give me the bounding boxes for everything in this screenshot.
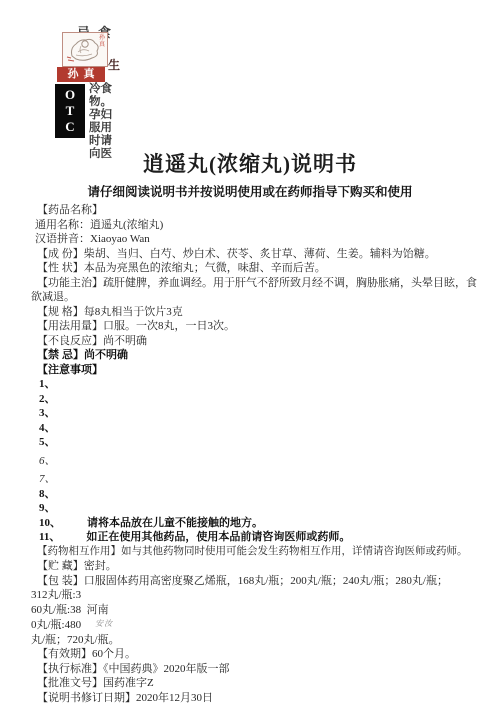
item-number: 11、 (39, 531, 60, 543)
section-packaging: 【包 装】口服固体药用高密度聚乙烯瓶，168丸/瓶；200丸/瓶；240丸/瓶；… (31, 574, 479, 589)
section-standard: 【执行标准】《中国药典》2020年版一部 (31, 662, 479, 677)
item-number: 5、 (39, 436, 56, 448)
packaging-line-3-text: 0丸/瓶:480 (31, 619, 81, 631)
section-adverse-reactions: 【不良反应】尚不明确 (31, 334, 479, 349)
item-number: 6、 (39, 455, 56, 467)
item-number: 7、 (39, 473, 56, 485)
packaging-line-4: 丸/瓶；720丸/瓶。 (31, 633, 479, 648)
item-number: 2、 (39, 393, 56, 405)
section-approval-number: 【批准文号】国药准字Z (31, 676, 479, 691)
item-number: 10、 (39, 517, 61, 529)
section-drug-name: 【药品名称】 (31, 203, 479, 218)
item-number: 9、 (39, 502, 56, 514)
precaution-item-11: 11、如正在使用其他药品，使用本品前请咨询医师或药师。 (31, 530, 479, 545)
item-number: 8、 (39, 488, 56, 500)
leaflet-body: 【药品名称】 通用名称：逍遥丸(浓缩丸) 汉语拼音：Xiaoyao Wan 【成… (0, 203, 500, 704)
precaution-item-10: 10、请将本品放在儿童不能接触的地方。 (31, 516, 479, 531)
drug-leaflet-page: 忌食 孙真 生 孙真 O T C 冷食 物。 孕妇 服用 时请 向医 逍遥丸(浓… (0, 0, 500, 704)
section-interactions: 【药物相互作用】如与其他药物同时使用可能会发生药物相互作用，详情请咨询医师或药师… (31, 545, 479, 560)
section-contraindications: 【禁 忌】尚不明确 (31, 348, 479, 363)
section-specification: 【规 格】每8丸相当于饮片3克 (31, 305, 479, 320)
generic-name-line: 通用名称：逍遥丸(浓缩丸) (31, 218, 479, 233)
precaution-item-7: 7、 (31, 472, 479, 487)
item-number: 3、 (39, 407, 56, 419)
precaution-item-2: 2、 (31, 392, 479, 407)
item-text: 如正在使用其他药品，使用本品前请咨询医师或药师。 (86, 531, 350, 543)
section-properties: 【性 状】本品为亮黑色的浓缩丸；气微，味甜、辛而后苦。 (31, 261, 479, 276)
section-ingredients: 【成 份】柴胡、当归、白芍、炒白术、茯苓、炙甘草、薄荷、生姜。辅料为饴糖。 (31, 247, 479, 262)
section-storage: 【贮 藏】密封。 (31, 559, 479, 574)
page-subtitle: 请仔细阅读说明书并按说明使用或在药师指导下购买和使用 (0, 184, 500, 200)
precaution-item-4: 4、 (31, 421, 479, 436)
packaging-line-1: 312丸/瓶:3 (31, 588, 479, 603)
precaution-item-1: 1、 (31, 377, 479, 392)
section-dosage: 【用法用量】口服。一次8丸，一日3次。 (31, 319, 479, 334)
precaution-item-5: 5、 (31, 435, 479, 450)
handwritten-note: 安汝 (95, 619, 113, 628)
precaution-item-8: 8、 (31, 487, 479, 502)
leaflet-content: 逍遥丸(浓缩丸)说明书 请仔细阅读说明书并按说明使用或在药师指导下购买和使用 【… (0, 0, 500, 704)
item-text: 请将本品放在儿童不能接触的地方。 (87, 517, 263, 529)
section-indications: 【功能主治】疏肝健脾，养血调经。用于肝气不舒所致月经不调，胸胁胀痛，头晕目眩，食… (31, 276, 479, 305)
packaging-line-3: 0丸/瓶:480安汝 (31, 617, 479, 633)
packaging-line-2: 60丸/瓶:38 河南 (31, 603, 479, 618)
precaution-item-9: 9、 (31, 501, 479, 516)
precaution-item-3: 3、 (31, 406, 479, 421)
precaution-item-6: 6、 (31, 454, 479, 469)
section-revision-date: 【说明书修订日期】2020年12月30日 (31, 691, 479, 704)
page-title: 逍遥丸(浓缩丸)说明书 (0, 150, 500, 178)
section-validity: 【有效期】60个月。 (31, 647, 479, 662)
item-number: 4、 (39, 422, 56, 434)
pinyin-line: 汉语拼音：Xiaoyao Wan (31, 232, 479, 247)
section-precautions: 【注意事项】 (31, 363, 479, 378)
item-number: 1、 (39, 378, 56, 390)
